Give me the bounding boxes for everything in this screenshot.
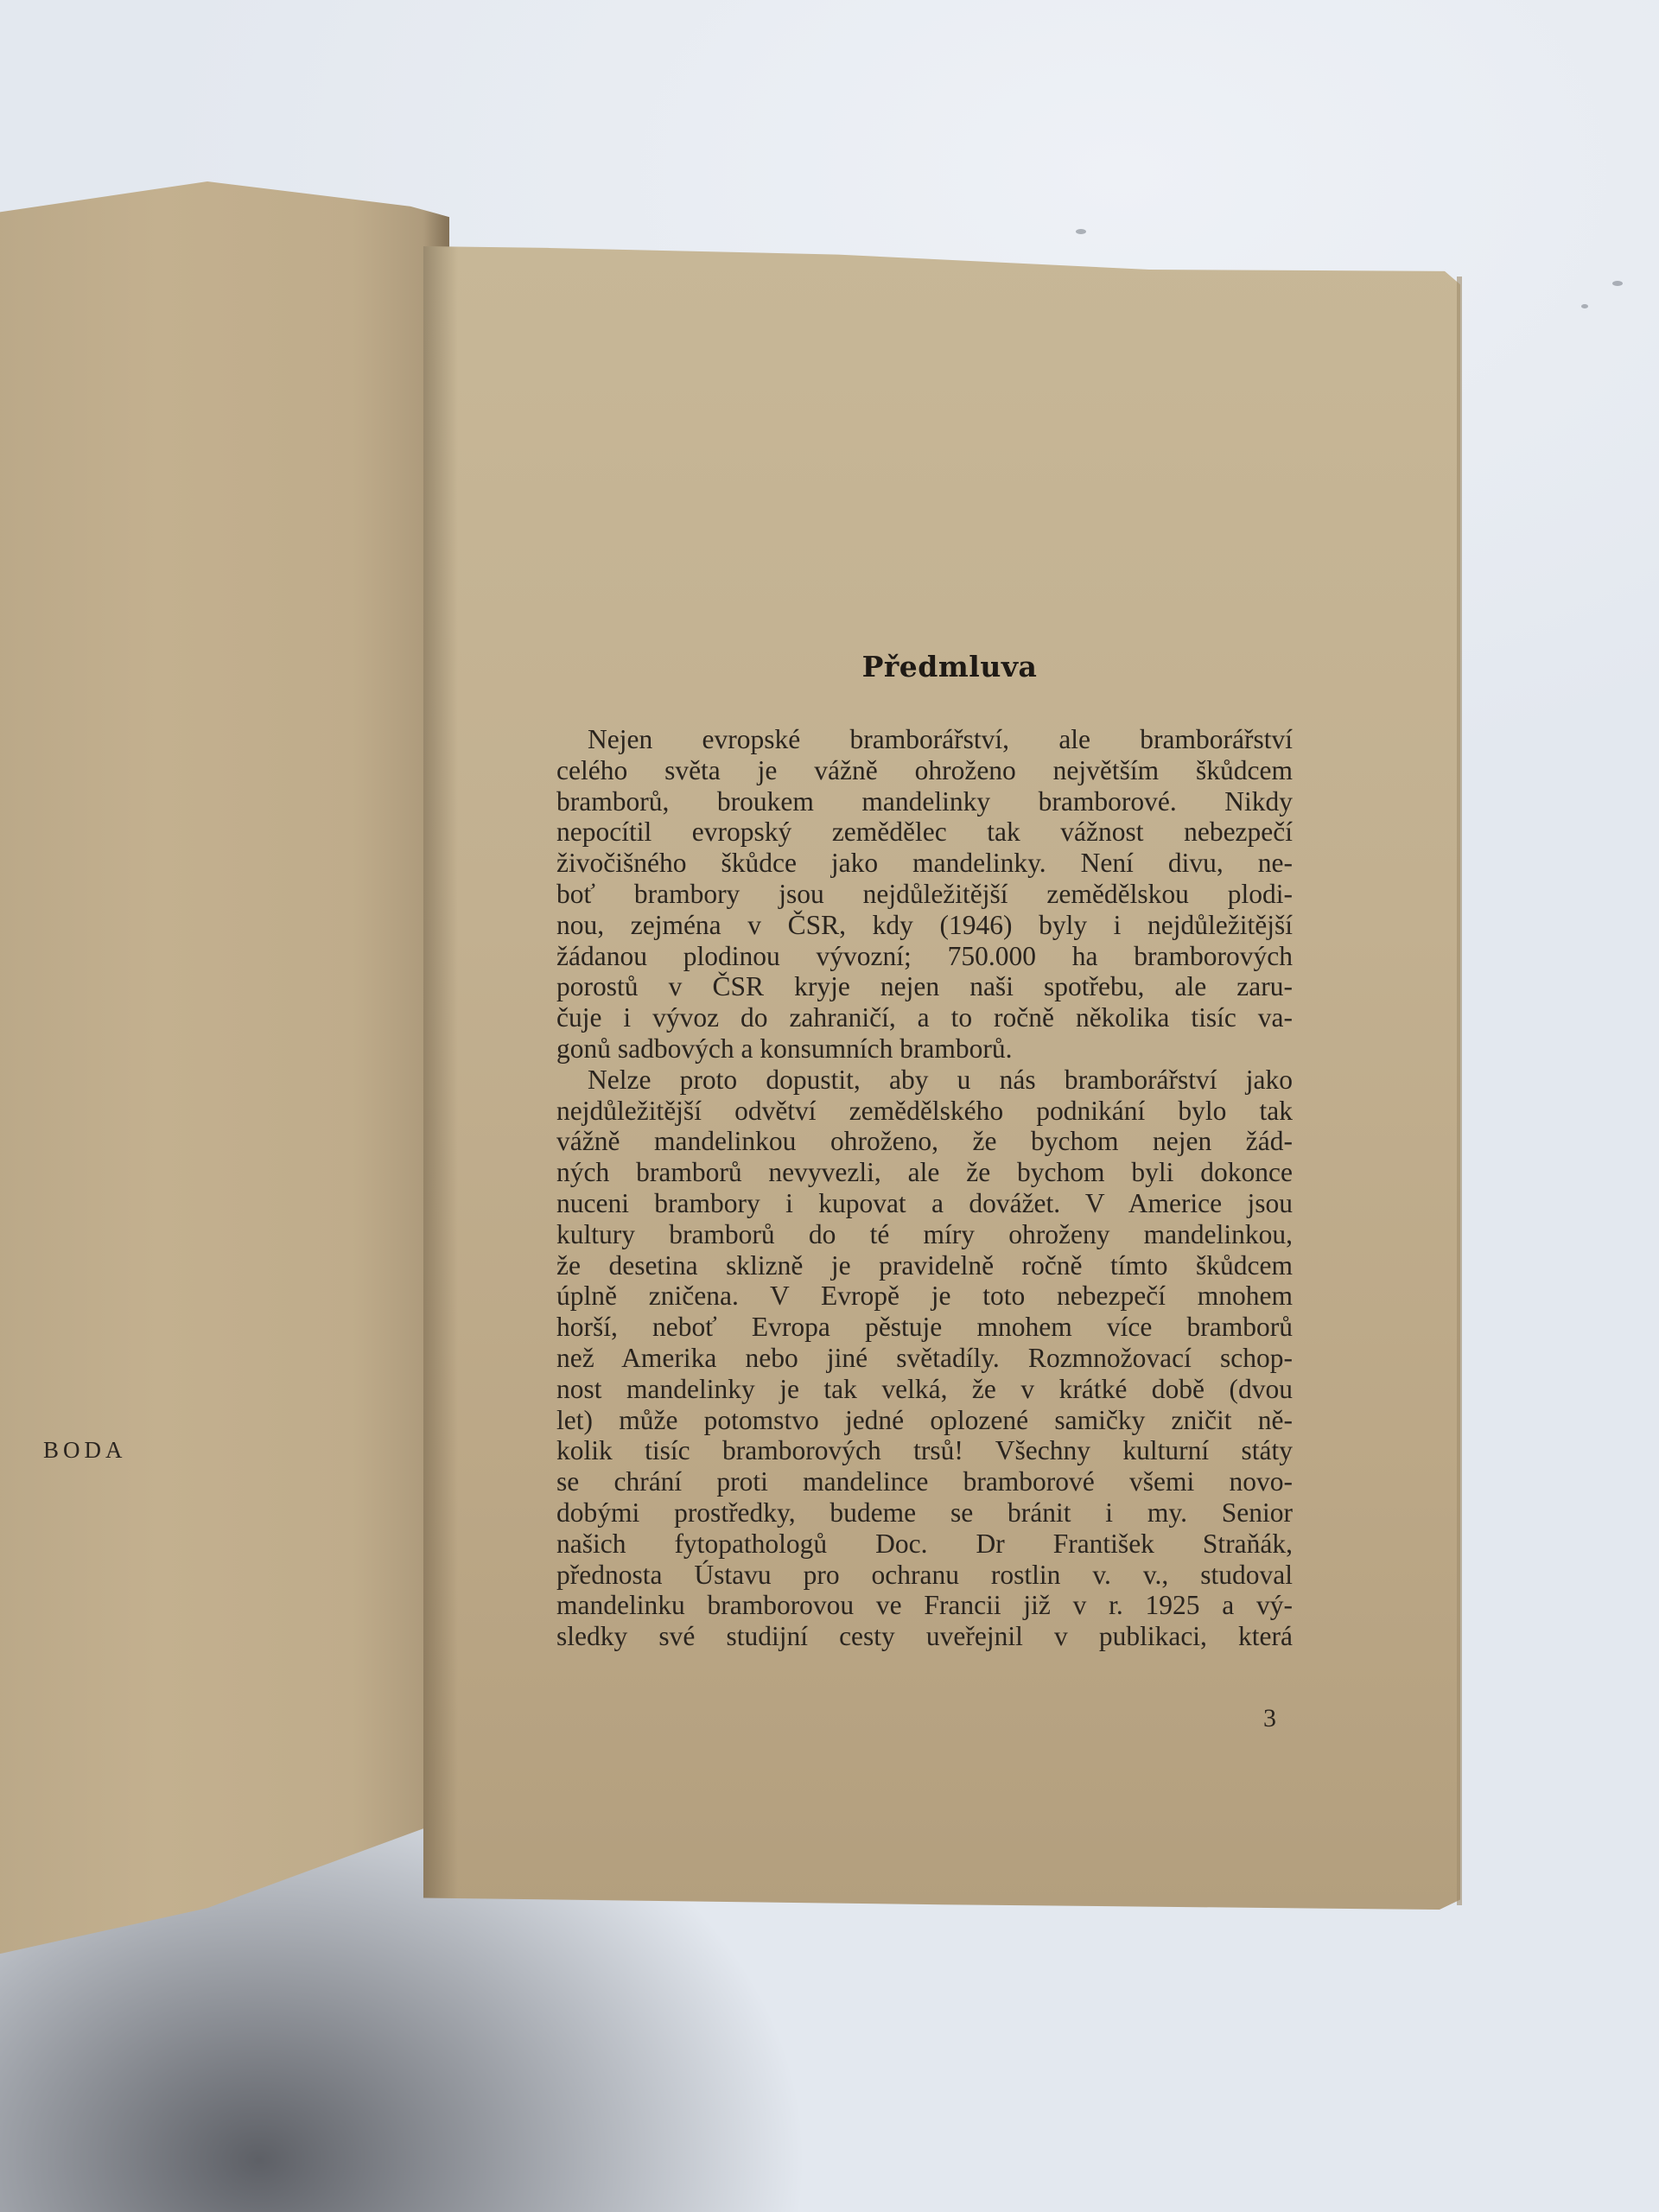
surface-speck (1581, 304, 1588, 308)
text-line: Nejen evropské bramborářství, ale brambo… (556, 724, 1293, 755)
text-line: celého světa je vážně ohroženo největším… (556, 755, 1293, 786)
text-line: bramborů, broukem mandelinky bramborové.… (556, 786, 1293, 817)
surface-speck (1076, 229, 1086, 234)
text-line: porostů v ČSR kryje nejen naši spotřebu,… (556, 971, 1293, 1002)
text-line: živočišného škůdce jako mandelinky. Není… (556, 848, 1293, 879)
text-line: vážně mandelinkou ohroženo, že bychom ne… (556, 1126, 1293, 1157)
text-line: nejdůležitější odvětví zemědělského podn… (556, 1096, 1293, 1127)
text-line: čuje i vývoz do zahraničí, a to ročně ně… (556, 1002, 1293, 1033)
right-page-edge (1457, 276, 1462, 1905)
text-line: ných bramborů nevyvezli, ale že bychom b… (556, 1157, 1293, 1188)
text-line: let) může potomstvo jedné oplozené samič… (556, 1405, 1293, 1436)
text-line: nost mandelinky je tak velká, že v krátk… (556, 1374, 1293, 1405)
left-page (0, 181, 449, 1961)
text-line: kolik tisíc bramborových trsů! Všechny k… (556, 1435, 1293, 1466)
text-line: kultury bramborů do té míry ohroženy man… (556, 1219, 1293, 1250)
text-line: dobými prostředky, budeme se bránit i my… (556, 1497, 1293, 1529)
text-line: přednosta Ústavu pro ochranu rostlin v. … (556, 1560, 1293, 1591)
left-page-label: BODA (43, 1437, 127, 1464)
text-line: nuceni brambory i kupovat a dovážet. V A… (556, 1188, 1293, 1219)
page-title: Předmluva (0, 650, 1659, 683)
text-line: nou, zejména v ČSR, kdy (1946) byly i ne… (556, 910, 1293, 941)
text-line: boť brambory jsou nejdůležitější zeměděl… (556, 879, 1293, 910)
text-line: gonů sadbových a konsumních bramborů. (556, 1033, 1293, 1065)
body-text: Nejen evropské bramborářství, ale brambo… (556, 724, 1293, 1652)
surface-speck (1612, 281, 1623, 286)
page-number: 3 (1263, 1704, 1276, 1733)
text-line: než Amerika nebo jiné světadíly. Rozmnož… (556, 1343, 1293, 1374)
text-line: mandelinku bramborovou ve Francii již v … (556, 1590, 1293, 1621)
text-line: se chrání proti mandelince bramborové vš… (556, 1466, 1293, 1497)
text-line: našich fytopathologů Doc. Dr František S… (556, 1529, 1293, 1560)
text-line: sledky své studijní cesty uveřejnil v pu… (556, 1621, 1293, 1652)
text-line: že desetina sklizně je pravidelně ročně … (556, 1250, 1293, 1281)
text-line: úplně zničena. V Evropě je toto nebezpeč… (556, 1281, 1293, 1312)
text-line: žádanou plodinou vývozní; 750.000 ha bra… (556, 941, 1293, 972)
text-line: nepocítil evropský zemědělec tak vážnost… (556, 817, 1293, 848)
text-line: Nelze proto dopustit, aby u nás bramborá… (556, 1065, 1293, 1096)
text-line: horší, neboť Evropa pěstuje mnohem více … (556, 1312, 1293, 1343)
